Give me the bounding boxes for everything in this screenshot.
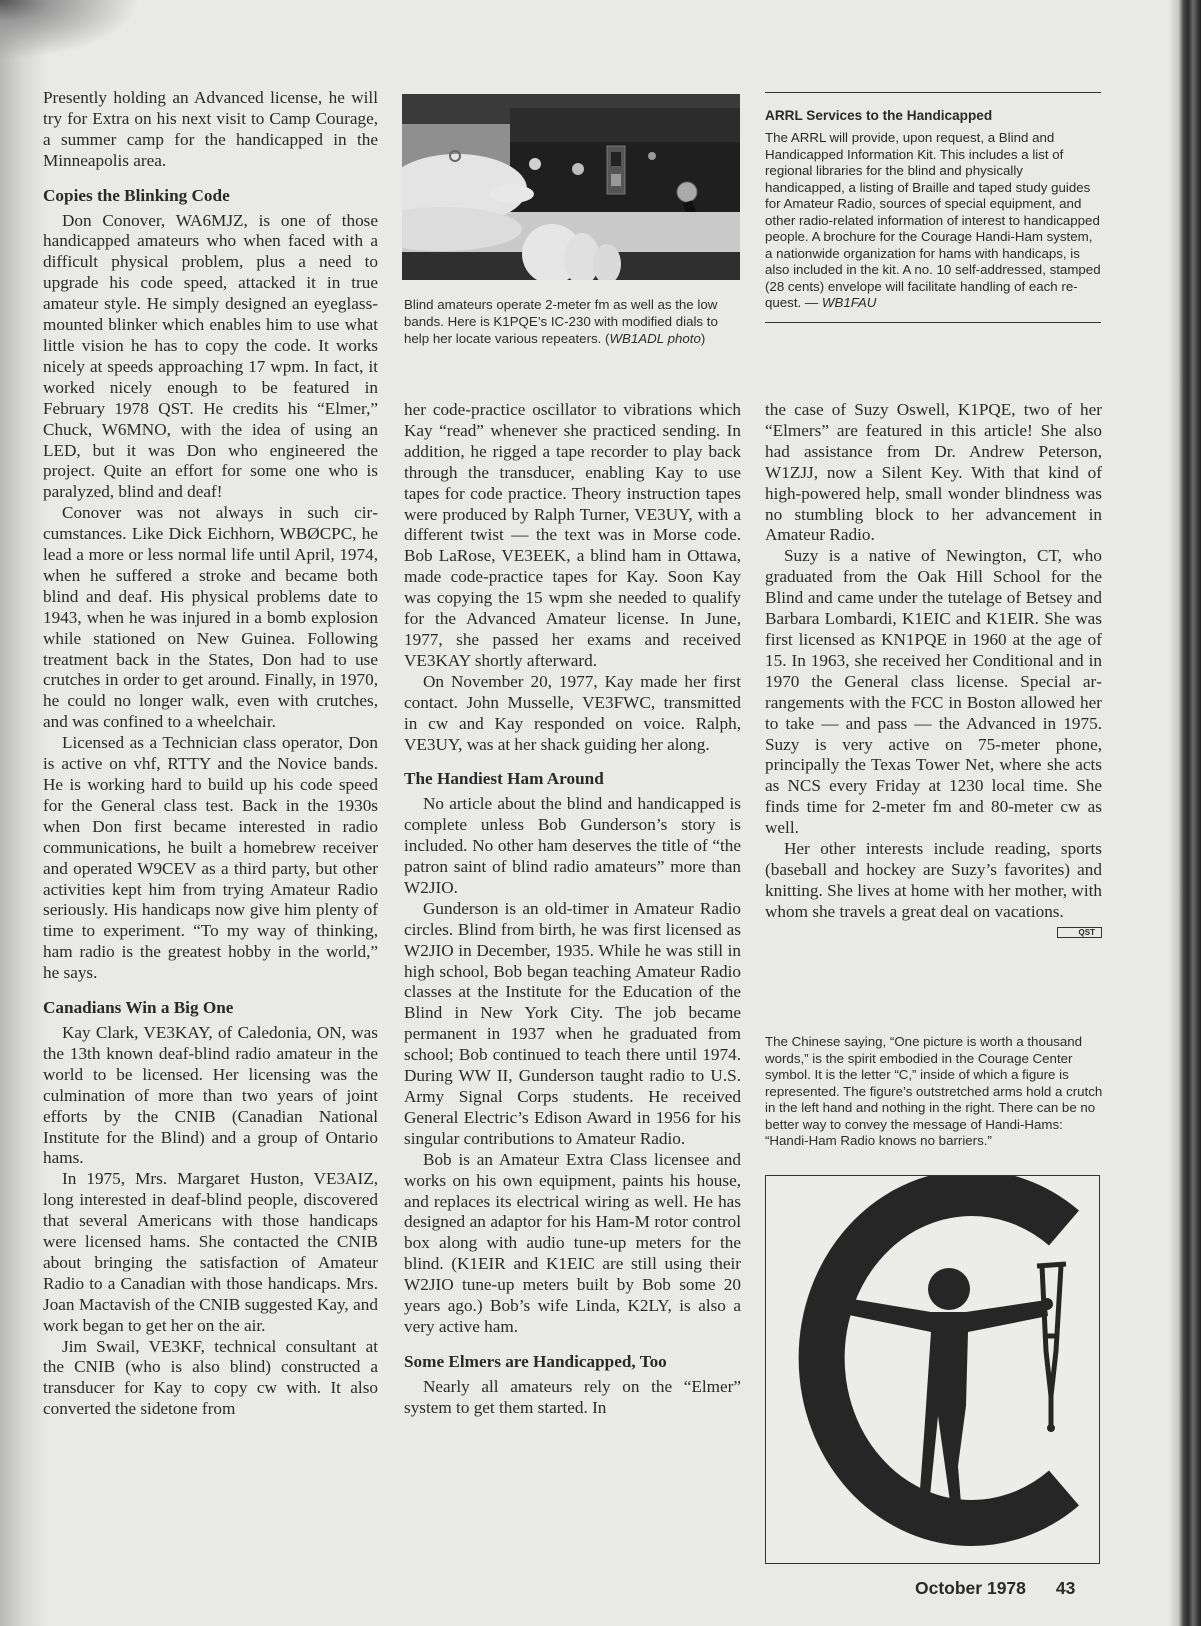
caption-end: )	[701, 331, 705, 346]
column-1: Presently holding an Advanced license, h…	[43, 88, 378, 1420]
photo-caption: Blind amateurs operate 2-meter fm as wel…	[404, 296, 744, 347]
page-footer: October 197843	[915, 1578, 1075, 1599]
section-heading-elmers: Some Elmers are Handicapped, Too	[404, 1352, 741, 1373]
article-paragraph: Don Conover, WA6MJZ, is one of those han…	[43, 211, 378, 504]
article-paragraph-text: Her other interests include reading, spo…	[765, 839, 1102, 921]
page-edge-shadow	[0, 0, 48, 1626]
article-paragraph: her code-practice oscillator to vibratio…	[404, 400, 741, 672]
article-paragraph: Gunderson is an old-timer in Amateur Rad…	[404, 899, 741, 1150]
section-heading-blinking-code: Copies the Blinking Code	[43, 186, 378, 207]
article-paragraph: Her other interests include reading, spo…	[765, 839, 1102, 923]
article-paragraph: Conover was not always in such cir­cumst…	[43, 503, 378, 733]
page-corner-shadow	[0, 0, 140, 60]
article-paragraph: Licensed as a Technician class operator,…	[43, 733, 378, 984]
article-paragraph: Kay Clark, VE3KAY, of Caledonia, ON, was…	[43, 1023, 378, 1169]
article-paragraph: Jim Swail, VE3KF, technical consultant a…	[43, 1337, 378, 1421]
courage-center-logo	[765, 1175, 1100, 1564]
issue-date: October 1978	[915, 1578, 1026, 1598]
article-paragraph: Suzy is a native of Newington, CT, who g…	[765, 546, 1102, 839]
photo-image	[402, 94, 740, 280]
sidebar-title: ARRL Services to the Handicapped	[765, 107, 1101, 124]
page-number: 43	[1056, 1578, 1075, 1598]
page-binding	[1169, 0, 1201, 1626]
article-paragraph: On November 20, 1977, Kay made her first…	[404, 672, 741, 756]
courage-c-figure-icon	[766, 1176, 1099, 1563]
sidebar-body: The ARRL will provide, upon request, a B…	[765, 130, 1101, 312]
column-3: the case of Suzy Oswell, K1PQE, two of h…	[765, 400, 1102, 938]
article-paragraph: Nearly all amateurs rely on the “Elmer” …	[404, 1377, 741, 1419]
sidebar-body-text: The ARRL will provide, upon request, a B…	[765, 130, 1101, 310]
transceiver-photo	[402, 94, 740, 280]
qst-end-mark: QST	[1057, 927, 1102, 938]
arrl-services-sidebar: ARRL Services to the Handicapped The ARR…	[765, 92, 1101, 323]
column-2: her code-practice oscillator to vibratio…	[404, 400, 741, 1419]
article-paragraph: In 1975, Mrs. Margaret Huston, VE3AIZ, l…	[43, 1169, 378, 1336]
article-paragraph: the case of Suzy Oswell, K1PQE, two of h…	[765, 400, 1102, 546]
section-heading-canadians: Canadians Win a Big One	[43, 998, 378, 1019]
article-paragraph: No article about the blind and han­dicap…	[404, 794, 741, 899]
intro-paragraph: Presently holding an Advanced license, h…	[43, 88, 378, 172]
section-heading-handiest-ham: The Handiest Ham Around	[404, 769, 741, 790]
sidebar-signature: WB1FAU	[822, 295, 876, 310]
article-paragraph: Bob is an Amateur Extra Class licensee a…	[404, 1150, 741, 1338]
photo-credit: WB1ADL photo	[609, 331, 700, 346]
logo-caption: The Chinese saying, “One picture is wort…	[765, 1034, 1105, 1150]
